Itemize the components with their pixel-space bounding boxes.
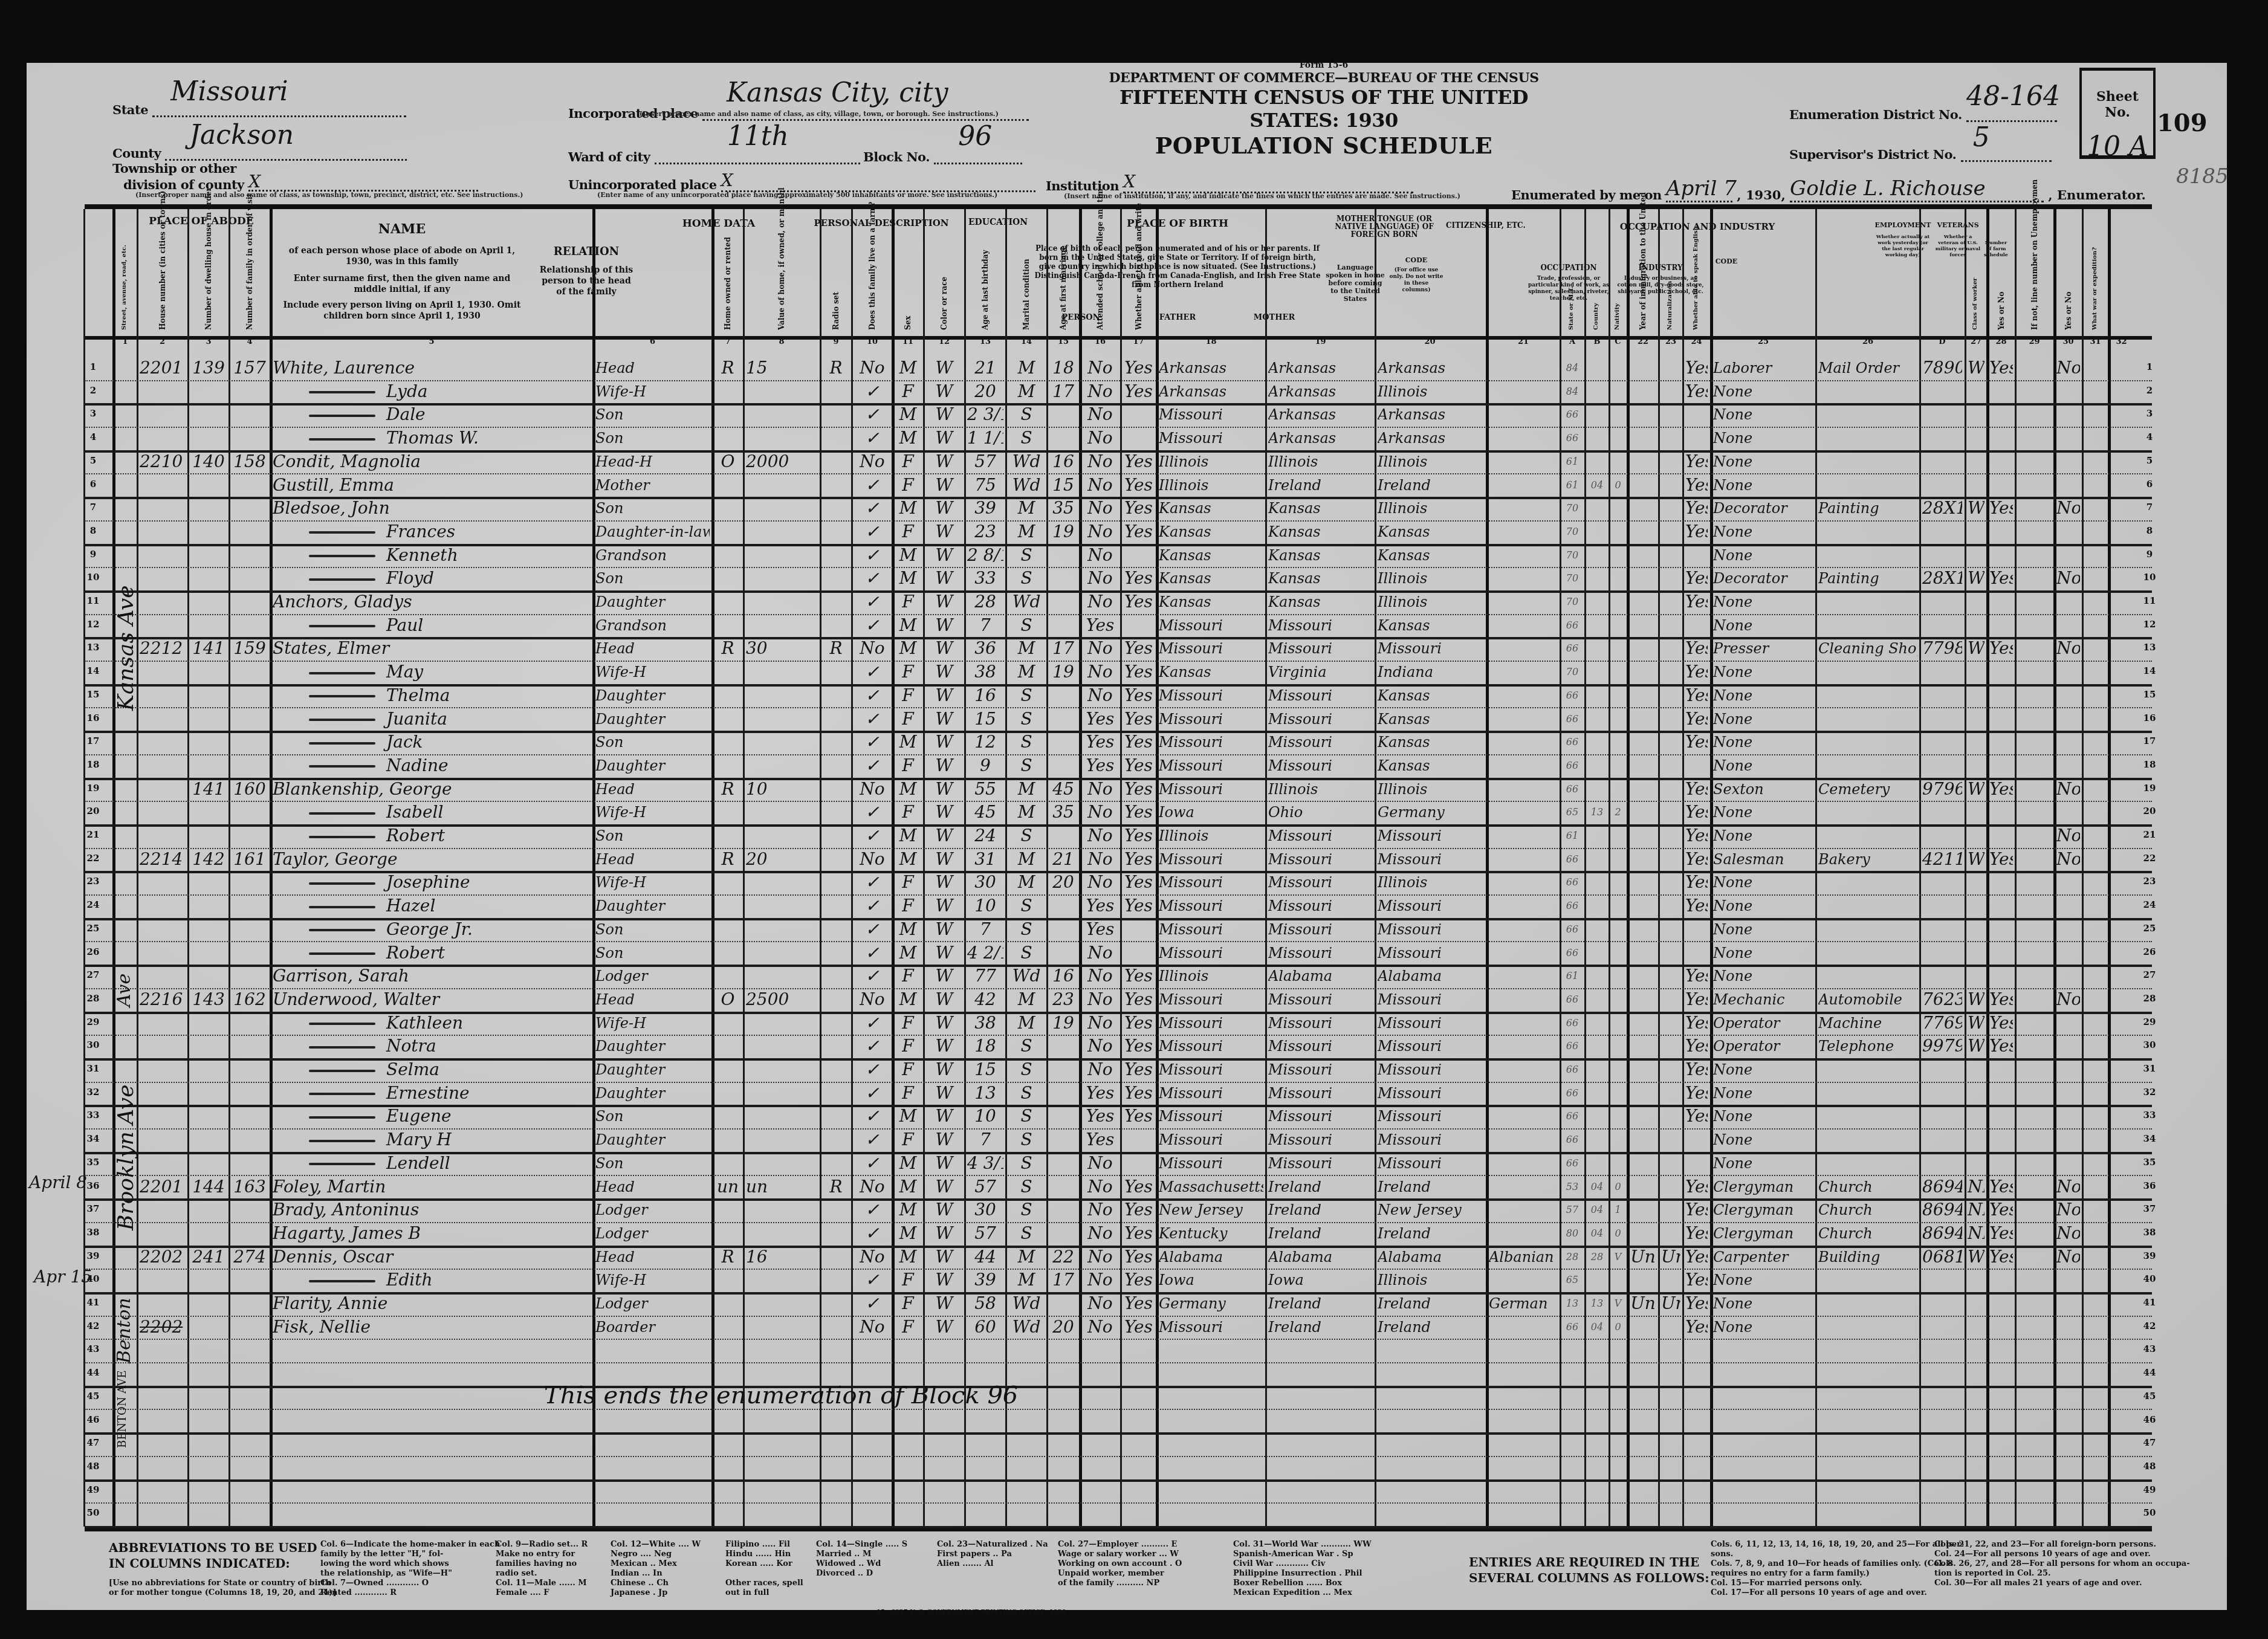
cell-industry: Church (1818, 1200, 1917, 1220)
cell-relation: Son (595, 826, 710, 846)
cell-birth-father: Illinois (1268, 779, 1373, 800)
cell-relation: Son (595, 919, 710, 940)
line-number-left: 24 (82, 899, 104, 910)
cell-age: 7 (967, 919, 1003, 940)
enumerated-date: April 7 (1666, 176, 1737, 201)
incorporated-value: Kansas City, city (727, 77, 948, 108)
column-subheader: Country (1593, 303, 1599, 330)
table-row: 28282216143162Underwood, WalterHeadO2500… (85, 988, 2152, 1014)
cell-name: Fisk, Nellie (273, 1317, 591, 1337)
table-row: 112201139157White, LaurenceHeadR15RNoMW2… (85, 357, 2152, 381)
cell-industry: Painting (1818, 568, 1917, 589)
cell-race: W (926, 1247, 962, 1267)
cell-occupation: None (1713, 685, 1813, 706)
unincorporated-field: Unincorporated place X (568, 170, 1035, 192)
line-number-left: 27 (82, 969, 104, 980)
cell-marital: M (1008, 849, 1045, 870)
cell-birth-person: Illinois (1159, 966, 1263, 986)
cell-age: 2 3/12 (967, 404, 1003, 425)
cell-code-d: 7890 (1922, 358, 1962, 378)
supervisor-district-label: Supervisor's District No. (1789, 147, 1956, 162)
cell-school: Yes (1082, 1106, 1118, 1127)
line-number-right: 31 (2139, 1063, 2160, 1074)
cell-owned: R (714, 849, 741, 870)
enumerator-label: , Enumerator. (2048, 187, 2146, 202)
cell-code-a: 66 (1563, 896, 1582, 916)
cell-english: Yes (1685, 685, 1708, 706)
unincorporated-note: (Enter name of any unincorporated place … (597, 191, 997, 199)
cell-relation: Lodger (595, 1200, 710, 1220)
line-number-right: 18 (2139, 759, 2160, 770)
cell-at-work: Yes (1989, 1247, 2013, 1267)
line-number-left: 3 (82, 408, 104, 419)
column-subheader: State or M.T. (1568, 286, 1575, 330)
cell-occupation: Laborer (1713, 358, 1813, 378)
line-number-left: 30 (82, 1039, 104, 1050)
cell-english: Yes (1685, 1200, 1708, 1220)
cell-race: W (926, 872, 962, 893)
cell-farm: ✓ (854, 919, 890, 940)
cell-school: No (1082, 1293, 1118, 1314)
cell-birth-person: Iowa (1159, 1270, 1263, 1290)
column-number: 7 (713, 337, 743, 353)
cell-school: No (1082, 568, 1118, 589)
cell-race: W (926, 1036, 962, 1056)
cell-read: Yes (1123, 1036, 1154, 1056)
cell-farm: ✓ (854, 966, 890, 986)
line-number-left: 13 (82, 642, 104, 653)
cell-english: Yes (1685, 732, 1708, 752)
cell-birth-mother: Ireland (1378, 475, 1482, 496)
column-subheader: Whether able to read and write (1135, 203, 1143, 330)
cell-birth-father: Kansas (1268, 522, 1373, 542)
cell-age-marriage: 23 (1049, 989, 1077, 1010)
cell-code-a: 66 (1563, 1083, 1582, 1104)
cell-sex: F (895, 1083, 921, 1104)
cell-code-a: 66 (1563, 404, 1582, 425)
footer-col9: Col. 9—Radio set... R Make no entry for … (496, 1540, 588, 1598)
state-label: State (112, 102, 148, 117)
cell-birth-mother: Missouri (1378, 1013, 1482, 1033)
line-number-left: 50 (82, 1507, 104, 1518)
cell-sex: F (895, 1293, 921, 1314)
cell-age: 1 1/12 (967, 428, 1003, 448)
line-number-left: 14 (82, 665, 104, 676)
cell-age: 33 (967, 568, 1003, 589)
column-number: 29 (2016, 337, 2053, 353)
cell-birth-mother: Alabama (1378, 966, 1482, 986)
cell-english: Yes (1685, 381, 1708, 402)
cell-race: W (926, 1059, 962, 1080)
line-number-left: 29 (82, 1017, 104, 1027)
line-number-left: 48 (82, 1461, 104, 1472)
line-number-left: 15 (82, 689, 104, 700)
table-row: 1919141160Blankenship, GeorgeHeadR10NoMW… (85, 778, 2152, 803)
line-number-right: 49 (2139, 1484, 2160, 1495)
column-subheader: Age at last birthday (981, 250, 990, 331)
cell-birth-person: Missouri (1159, 404, 1263, 425)
cell-veteran: No (2056, 638, 2080, 659)
county-value: Jackson (189, 120, 294, 150)
column-subheader: Attended school or college any tim (1096, 189, 1104, 330)
cell-marital: M (1008, 802, 1045, 823)
cell-school: Yes (1082, 919, 1118, 940)
cell-name: Gustill, Emma (273, 475, 591, 496)
cell-birth-father: Alabama (1268, 966, 1373, 986)
cell-birth-father: Kansas (1268, 498, 1373, 519)
cell-sex: F (895, 451, 921, 472)
line-number-right: 36 (2139, 1180, 2160, 1191)
cell-read: Yes (1123, 1317, 1154, 1337)
line-number-right: 8 (2139, 525, 2160, 536)
cell-birth-mother: Arkansas (1378, 428, 1482, 448)
line-number-right: 7 (2139, 502, 2160, 512)
cell-occupation: None (1713, 966, 1813, 986)
cell-race: W (926, 1083, 962, 1104)
cell-read: Yes (1123, 779, 1154, 800)
column-number: D (1920, 337, 1964, 353)
cell-relation: Daughter (595, 685, 710, 706)
line-number-left: 31 (82, 1063, 104, 1074)
cell-english: Yes (1685, 1270, 1708, 1290)
cell-occupation: None (1713, 662, 1813, 682)
cell-birth-mother: Missouri (1378, 919, 1482, 940)
cell-name: Nadine (273, 755, 627, 776)
cell-farm: ✓ (854, 1013, 890, 1033)
cell-birth-person: Missouri (1159, 896, 1263, 916)
line-number-left: 35 (82, 1157, 104, 1168)
cell-marital: M (1008, 989, 1045, 1010)
line-number-right: 32 (2139, 1087, 2160, 1098)
street-note-benton-printed: BENTON AVE (116, 1370, 129, 1448)
cell-birth-person: Alabama (1159, 1247, 1263, 1267)
line-number-right: 15 (2139, 689, 2160, 700)
column-number: 24 (1683, 337, 1709, 353)
cell-race: W (926, 1293, 962, 1314)
table-row: 1515ThelmaDaughter✓FW16SNoYesMissouriMis… (85, 684, 2152, 709)
cell-farm: ✓ (854, 826, 890, 846)
table-row: 22LydaWife-H✓FW20M17NoYesArkansasArkansa… (85, 380, 2152, 406)
line-number-right: 11 (2139, 595, 2160, 606)
cell-code-a: 80 (1563, 1223, 1582, 1244)
cell-owned: R (714, 1247, 741, 1267)
column-number: A (1561, 337, 1584, 353)
cell-immig: Un (1630, 1247, 1656, 1267)
cell-birth-father: Missouri (1268, 1130, 1373, 1150)
incorporated-note: (Insert proper name and also name of cla… (640, 110, 999, 118)
column-number: 19 (1266, 337, 1375, 353)
cell-birth-mother: Ireland (1378, 1177, 1482, 1197)
cell-code-a: 65 (1563, 1270, 1582, 1290)
cell-school: No (1082, 943, 1118, 963)
cell-farm: ✓ (854, 1270, 890, 1290)
cell-marital: S (1008, 1223, 1045, 1244)
cell-sex: M (895, 1223, 921, 1244)
cell-school: Yes (1082, 1130, 1118, 1150)
cell-birth-mother: Illinois (1378, 451, 1482, 472)
cell-relation: Head (595, 989, 710, 1010)
cell-occupation: None (1713, 872, 1813, 893)
cell-farm: ✓ (854, 1106, 890, 1127)
cell-birth-mother: Missouri (1378, 1036, 1482, 1056)
column-subheader: Street, avenue, road, etc. (121, 245, 128, 330)
pencil-note: 8185 (2176, 164, 2229, 189)
cell-race: W (926, 966, 962, 986)
cell-read: Yes (1123, 498, 1154, 519)
cell-relation: Head (595, 638, 710, 659)
cell-sex: F (895, 1130, 921, 1150)
cell-farm: ✓ (854, 1130, 890, 1150)
cell-at-work: Yes (1989, 358, 2013, 378)
cell-age: 31 (967, 849, 1003, 870)
cell-name: Selma (273, 1059, 627, 1080)
line-number-left: 19 (82, 783, 104, 794)
cell-school: No (1082, 358, 1118, 378)
cell-code-b: 28 (1587, 1247, 1607, 1267)
cell-age: 39 (967, 1270, 1003, 1290)
line-number-right: 14 (2139, 665, 2160, 676)
column-subheader: Class of worker (1972, 277, 1978, 330)
column-subheader: Naturalization (1667, 281, 1673, 330)
cell-code-c: 0 (1612, 1223, 1624, 1244)
cell-school: No (1082, 779, 1118, 800)
cell-school: No (1082, 849, 1118, 870)
cell-age: 75 (967, 475, 1003, 496)
line-number-left: 4 (82, 432, 104, 442)
cell-sex: F (895, 592, 921, 612)
line-number-right: 4 (2139, 432, 2160, 442)
cell-relation: Wife-H (595, 1013, 710, 1033)
cell-code-a: 28 (1563, 1247, 1582, 1267)
cell-read: Yes (1123, 522, 1154, 542)
cell-school: No (1082, 428, 1118, 448)
cell-name: Hagarty, James B (273, 1223, 591, 1244)
cell-english: Yes (1685, 1247, 1708, 1267)
end-of-block-note: This ends the enumeration of Block 96 (544, 1382, 1018, 1409)
cell-birth-person: Missouri (1159, 989, 1263, 1010)
cell-marital: Wd (1008, 966, 1045, 986)
cell-read: Yes (1123, 755, 1154, 776)
cell-english: Yes (1685, 451, 1708, 472)
cell-farm: ✓ (854, 802, 890, 823)
column-number: 31 (2083, 337, 2108, 353)
cell-race: W (926, 896, 962, 916)
cell-name: Bledsoe, John (273, 498, 591, 519)
cell-race: W (926, 802, 962, 823)
cell-birth-father: Missouri (1268, 849, 1373, 870)
cell-relation: Son (595, 943, 710, 963)
line-number-left: 25 (82, 923, 104, 934)
cell-occupation: Operator (1713, 1013, 1813, 1033)
cell-occupation: None (1713, 1083, 1813, 1104)
cell-radio: R (823, 638, 849, 659)
line-number-right: 23 (2139, 876, 2160, 887)
cell-marital: M (1008, 1013, 1045, 1033)
cell-birth-father: Missouri (1268, 1036, 1373, 1056)
cell-relation: Wife-H (595, 662, 710, 682)
column-header-band (85, 209, 2152, 340)
cell-school: No (1082, 522, 1118, 542)
cell-industry: Bakery (1818, 849, 1917, 870)
line-number-right: 12 (2139, 619, 2160, 630)
institution-label: Institution (1046, 178, 1119, 193)
cell-marital: S (1008, 826, 1045, 846)
column-number: 17 (1121, 337, 1156, 353)
table-row: 3737Brady, AntoninusLodger✓MW30SNoYesNew… (85, 1198, 2152, 1223)
cell-birth-father: Missouri (1268, 638, 1373, 659)
cell-value: 2500 (746, 989, 817, 1010)
cell-race: W (926, 638, 962, 659)
cell-birth-person: Kansas (1159, 545, 1263, 566)
cell-name: Brady, Antoninus (273, 1200, 591, 1220)
cell-sex: M (895, 1200, 921, 1220)
cell-marital: S (1008, 919, 1045, 940)
cell-sex: M (895, 545, 921, 566)
cell-birth-person: Kansas (1159, 662, 1263, 682)
cell-code-d: 7769 (1922, 1013, 1962, 1033)
column-number: 25 (1711, 337, 1815, 353)
cell-read: Yes (1123, 381, 1154, 402)
cell-industry: Church (1818, 1177, 1917, 1197)
line-number-right: 33 (2139, 1110, 2160, 1120)
cell-code-d: 9796 (1922, 779, 1962, 800)
cell-at-work: Yes (1989, 1223, 2013, 1244)
cell-birth-person: Arkansas (1159, 381, 1263, 402)
column-number: 6 (594, 337, 711, 353)
table-row: 39392202241274Dennis, OscarHeadR16NoMW44… (85, 1246, 2152, 1270)
table-row: 2121RobertSon✓MW24SNoYesIllinoisMissouri… (85, 824, 2152, 849)
cell-birth-person: Kansas (1159, 568, 1263, 589)
cell-name: Juanita (273, 709, 627, 729)
cell-name: Notra (273, 1036, 627, 1056)
cell-school: No (1082, 592, 1118, 612)
cell-class: W (1968, 498, 1984, 519)
cell-code-a: 53 (1563, 1177, 1582, 1197)
cell-house: 2216 (140, 989, 185, 1010)
cell-code-a: 66 (1563, 943, 1582, 963)
cell-birth-father: Missouri (1268, 826, 1373, 846)
cell-relation: Daughter (595, 592, 710, 612)
column-number: 22 (1628, 337, 1658, 353)
cell-at-work: Yes (1989, 1013, 2013, 1033)
cell-english: Yes (1685, 522, 1708, 542)
cell-code-a: 65 (1563, 802, 1582, 823)
column-number: 10 (852, 337, 892, 353)
cell-occupation: None (1713, 709, 1813, 729)
enumeration-district-label: Enumeration District No. (1789, 107, 1962, 122)
sheet-number-box: Sheet No. 10 A (2079, 68, 2156, 159)
cell-race: W (926, 615, 962, 636)
cell-occupation: None (1713, 896, 1813, 916)
cell-sex: F (895, 1036, 921, 1056)
cell-code-a: 70 (1563, 662, 1582, 682)
cell-code-b: 13 (1587, 802, 1607, 823)
line-number-left: 33 (82, 1110, 104, 1120)
cell-read: Yes (1123, 1083, 1154, 1104)
cell-marital: S (1008, 1153, 1045, 1174)
cell-birth-person: Missouri (1159, 1013, 1263, 1033)
cell-sex: F (895, 1317, 921, 1337)
cell-farm: ✓ (854, 592, 890, 612)
line-number-right: 29 (2139, 1017, 2160, 1027)
cell-age: 39 (967, 498, 1003, 519)
cell-value: 15 (746, 358, 817, 378)
column-subheader: Year of immigration to the United (1639, 192, 1647, 330)
cell-dwelling: 143 (190, 989, 227, 1010)
cell-read: Yes (1123, 568, 1154, 589)
cell-marital: M (1008, 1247, 1045, 1267)
cell-race: W (926, 755, 962, 776)
cell-age-marriage: 17 (1049, 638, 1077, 659)
column-number: 30 (2055, 337, 2082, 353)
cell-farm: ✓ (854, 381, 890, 402)
cell-birth-mother: Missouri (1378, 826, 1482, 846)
cell-relation: Head (595, 1247, 710, 1267)
cell-race: W (926, 826, 962, 846)
enumerated-year: , 1930, (1737, 187, 1785, 202)
cell-birth-mother: Indiana (1378, 662, 1482, 682)
cell-marital: M (1008, 662, 1045, 682)
cell-code-d: 7798 (1922, 638, 1962, 659)
cell-school: Yes (1082, 709, 1118, 729)
supervisor-district-value: 5 (1973, 122, 1990, 153)
column-number: 21 (1487, 337, 1560, 353)
cell-industry: Automobile (1818, 989, 1917, 1010)
cell-code-d: 8694 (1922, 1223, 1962, 1244)
cell-english: Yes (1685, 779, 1708, 800)
line-number-right: 28 (2139, 993, 2160, 1004)
cell-relation: Wife-H (595, 381, 710, 402)
column-number: 16 (1080, 337, 1120, 353)
footer-col6: Col. 6—Indicate the home-maker in each f… (320, 1540, 500, 1598)
cell-code-a: 66 (1563, 989, 1582, 1010)
cell-at-work: Yes (1989, 1177, 2013, 1197)
column-number: B (1586, 337, 1609, 353)
line-number-right: 48 (2139, 1461, 2160, 1472)
cell-age: 57 (967, 1223, 1003, 1244)
cell-birth-mother: Illinois (1378, 1270, 1482, 1290)
column-number: 1 (114, 337, 137, 353)
line-number-right: 10 (2139, 572, 2160, 583)
column-subheader: Radio set (832, 292, 840, 330)
cell-farm: ✓ (854, 662, 890, 682)
table-row: 3535LendellSon✓MW4 3/12SNoMissouriMissou… (85, 1152, 2152, 1177)
cell-birth-mother: Kansas (1378, 522, 1482, 542)
cell-code-a: 66 (1563, 849, 1582, 870)
cell-birth-mother: Illinois (1378, 381, 1482, 402)
cell-name: Thomas W. (273, 428, 627, 448)
cell-class: W (1968, 989, 1984, 1010)
line-number-right: 16 (2139, 713, 2160, 723)
line-number-right: 30 (2139, 1039, 2160, 1050)
cell-birth-father: Illinois (1268, 451, 1373, 472)
cell-farm: ✓ (854, 872, 890, 893)
cell-code-a: 66 (1563, 732, 1582, 752)
cell-at-work: Yes (1989, 849, 2013, 870)
cell-school: No (1082, 404, 1118, 425)
cell-farm: ✓ (854, 685, 890, 706)
cell-english: Yes (1685, 1223, 1708, 1244)
cell-birth-person: Missouri (1159, 428, 1263, 448)
cell-age: 45 (967, 802, 1003, 823)
cell-read: Yes (1123, 1106, 1154, 1127)
cell-english: Yes (1685, 1177, 1708, 1197)
line-number-right: 35 (2139, 1157, 2160, 1168)
cell-code-c: 1 (1612, 1200, 1624, 1220)
cell-age: 4 2/12 (967, 943, 1003, 963)
table-row: 5050 (85, 1502, 2152, 1528)
cell-school: No (1082, 1270, 1118, 1290)
